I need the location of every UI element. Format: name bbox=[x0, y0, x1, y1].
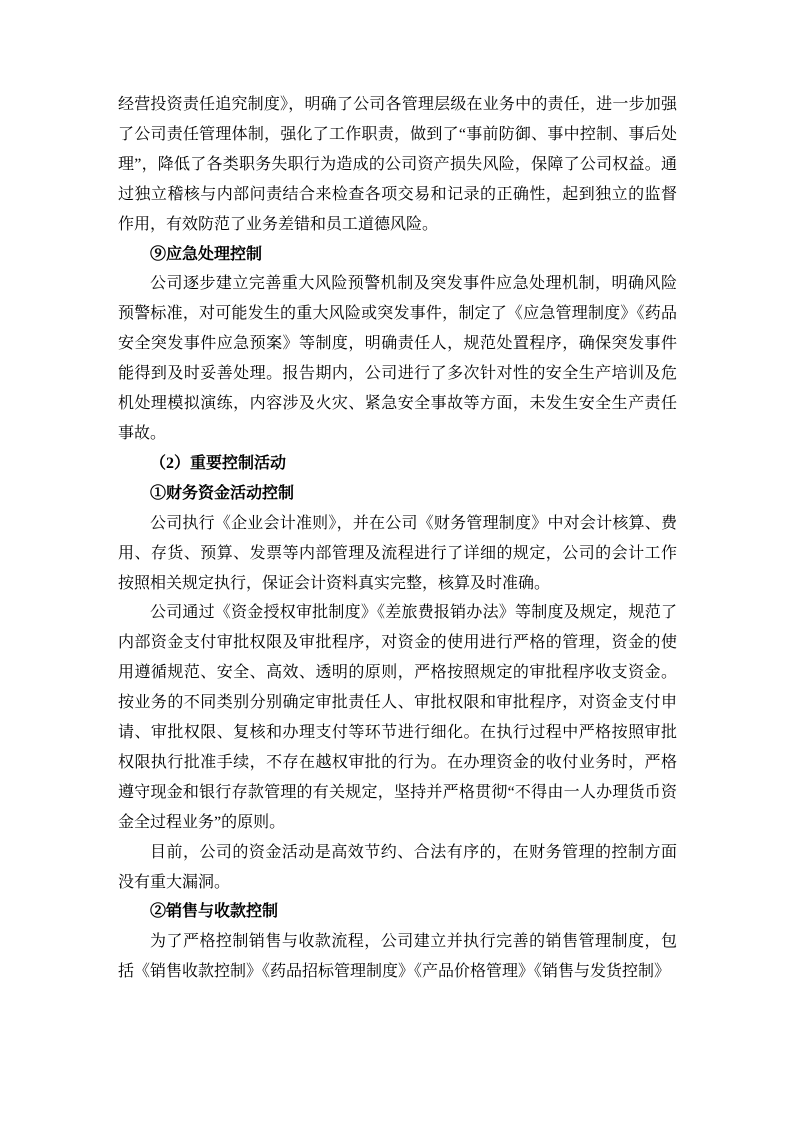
document-body: 经营投资责任追究制度》，明确了公司各管理层级在业务中的责任，进一步加强了公司责任… bbox=[118, 90, 677, 987]
heading-emergency-handling-control: ⑨应急处理控制 bbox=[118, 240, 677, 270]
heading-important-control-activities: （2）重要控制活动 bbox=[118, 449, 677, 479]
paragraph-accounting-standards: 公司执行《企业会计准则》，并在公司《财务管理制度》中对会计核算、费用、存货、预算… bbox=[118, 509, 677, 599]
document-page: 经营投资责任追究制度》，明确了公司各管理层级在业务中的责任，进一步加强了公司责任… bbox=[0, 0, 794, 1122]
paragraph-funds-authorization-approval: 公司通过《资金授权审批制度》《差旅费报销办法》等制度及规定，规范了内部资金支付审… bbox=[118, 598, 677, 837]
paragraph-emergency-mechanism: 公司逐步建立完善重大风险预警机制及突发事件应急处理机制，明确风险预警标准，对可能… bbox=[118, 269, 677, 448]
heading-sales-and-collection-control: ②销售与收款控制 bbox=[118, 897, 677, 927]
paragraph-funds-activity-summary: 目前，公司的资金活动是高效节约、合法有序的，在财务管理的控制方面没有重大漏洞。 bbox=[118, 838, 677, 898]
heading-financial-funds-activity-control: ①财务资金活动控制 bbox=[118, 479, 677, 509]
paragraph-sales-management-system: 为了严格控制销售与收款流程，公司建立并执行完善的销售管理制度，包括《销售收款控制… bbox=[118, 927, 677, 987]
paragraph-continuation-responsibility-system: 经营投资责任追究制度》，明确了公司各管理层级在业务中的责任，进一步加强了公司责任… bbox=[118, 90, 677, 240]
